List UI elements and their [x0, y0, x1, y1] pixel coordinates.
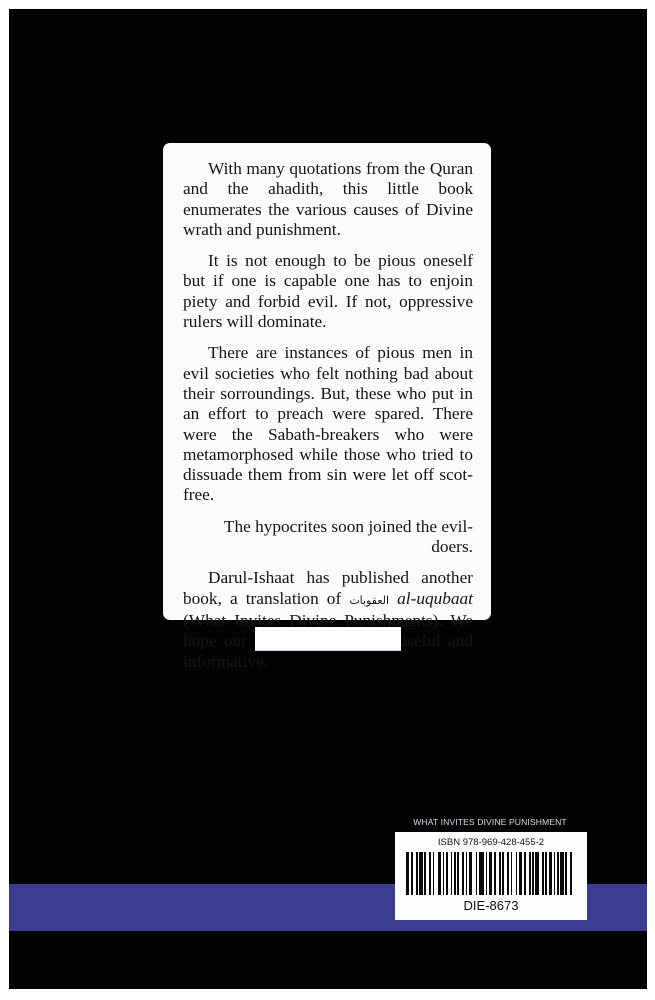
blank-price-sticker — [255, 627, 401, 651]
barcode-icon — [406, 852, 576, 895]
blurb-card: With many quotations from the Quran and … — [163, 143, 491, 620]
blurb-paragraph-1: With many quotations from the Quran and … — [183, 159, 473, 240]
barcode-bar — [572, 852, 575, 895]
blurb-paragraph-5: Darul-Ishaat has published another book,… — [183, 568, 473, 671]
blurb-paragraph-3: There are instances of pious men in evil… — [183, 343, 473, 505]
barcode-label: ISBN 978-969-428-455-2 DIE-8673 — [395, 832, 587, 920]
transliterated-title: al-uqubaat — [397, 589, 473, 608]
blurb-paragraph-2: It is not enough to be pious oneself but… — [183, 251, 473, 332]
arabic-title: العقوبات — [349, 594, 389, 607]
isbn-text: ISBN 978-969-428-455-2 — [395, 837, 587, 848]
series-title: WHAT INVITES DIVINE PUNISHMENT — [390, 817, 590, 827]
blurb-paragraph-4: The hypocrites soon joined the evil-doer… — [183, 517, 473, 558]
product-code: DIE-8673 — [395, 898, 587, 913]
